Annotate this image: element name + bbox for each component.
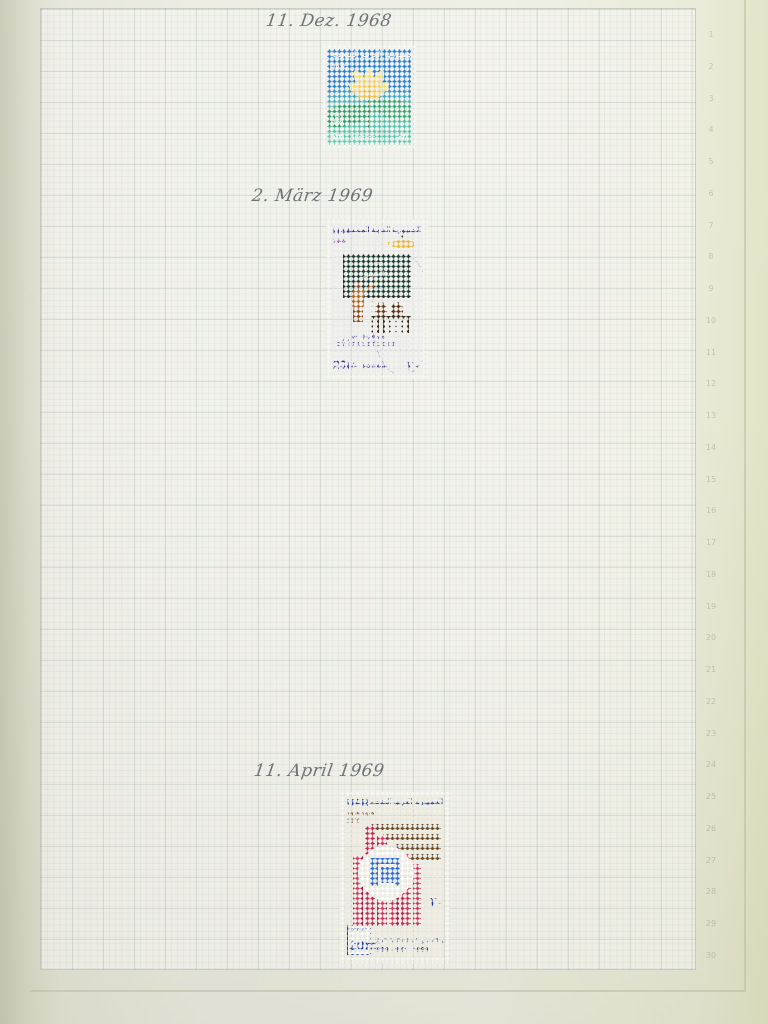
row-number: 18 (700, 570, 722, 579)
row-number: 29 (700, 919, 722, 928)
row-number: 20 (700, 633, 722, 642)
row-number: 19 (700, 602, 722, 611)
stamp-value-arabic: ٢٠ (430, 896, 443, 908)
stamp-year: 1969 (333, 239, 346, 245)
row-number: 25 (700, 792, 722, 801)
stamp-caption-arabic: العيد الخمسون لمنظمة العمل الدولية (373, 939, 445, 944)
stamp-years: ١٩٦٩1969 (330, 113, 343, 126)
row-number: 15 (700, 475, 722, 484)
handwritten-date-1: 11. Dez. 1968 (265, 11, 393, 31)
row-number: 17 (700, 538, 722, 547)
row-number-margin: 1234567891011121314151617181920212223242… (700, 30, 722, 960)
row-number: 30 (700, 951, 722, 960)
teacher-figure-icon (351, 282, 365, 322)
row-number: 16 (700, 506, 722, 515)
row-number: 11 (700, 348, 722, 357)
row-number: 28 (700, 887, 722, 896)
row-number: 4 (700, 125, 722, 134)
stamp-value: 20m (333, 359, 357, 371)
row-number: 23 (700, 729, 722, 738)
row-number: 8 (700, 252, 722, 261)
row-number: 22 (700, 697, 722, 706)
ilo-gear-emblem-icon (361, 848, 411, 898)
stamp-arabic-header: الجمهورية العربية المتحدة (369, 799, 443, 806)
row-number: 3 (700, 94, 722, 103)
stamp-value-arabic: ٥م (396, 133, 408, 143)
stamp-lotus-design: الجمهورية العربية المتحدة UAR ١٩٦٩1969 5… (327, 49, 411, 145)
row-number: 14 (700, 443, 722, 452)
stamp-caption: 1919 - ILO - 1969 (373, 947, 428, 954)
stamp-postage-label: POSTAGE (348, 928, 367, 932)
row-number: 6 (700, 189, 722, 198)
row-number: 24 (700, 760, 722, 769)
stamp-country: UAR (347, 799, 369, 809)
stamp-value: 5m (330, 133, 344, 143)
row-number: 5 (700, 157, 722, 166)
stamp-arabic-header: الجمهورية العربية المتحدة (347, 227, 421, 234)
row-number: 1 (700, 30, 722, 39)
stamp-ilo-design: UAR الجمهورية العربية المتحدة ١٩١٩ ١٩٦٩1… (345, 796, 445, 958)
lotus-flower-icon (351, 63, 387, 97)
postmark-cancel (371, 254, 423, 374)
stamp-postage-label: POSTAGE (363, 365, 387, 370)
row-number: 13 (700, 411, 722, 420)
handwritten-date-2: 2. März 1969 (251, 186, 375, 206)
row-number: 2 (700, 62, 722, 71)
stamp-lotus[interactable]: الجمهورية العربية المتحدة UAR ١٩٦٩1969 5… (322, 44, 416, 150)
row-number: 10 (700, 316, 722, 325)
row-number: 7 (700, 221, 722, 230)
stamp-arabic-header: الجمهورية العربية المتحدة (333, 51, 411, 59)
stamp-teacher-design: UAR 1969 الجمهورية العربية المتحدة ١٩٦٩ … (331, 224, 423, 374)
stamp-postage-label: POSTAGE (351, 137, 375, 142)
row-number: 27 (700, 856, 722, 865)
handwritten-date-3: 11. April 1969 (253, 761, 386, 781)
row-number: 12 (700, 379, 722, 388)
row-number: 21 (700, 665, 722, 674)
oil-lamp-icon (391, 240, 415, 248)
stamp-arab-teacher[interactable]: UAR 1969 الجمهورية العربية المتحدة ١٩٦٩ … (326, 219, 428, 379)
row-number: 9 (700, 284, 722, 293)
stamp-country: UAR (330, 64, 345, 71)
stamp-ilo[interactable]: UAR الجمهورية العربية المتحدة ١٩١٩ ١٩٦٩1… (340, 791, 450, 963)
row-number: 26 (700, 824, 722, 833)
